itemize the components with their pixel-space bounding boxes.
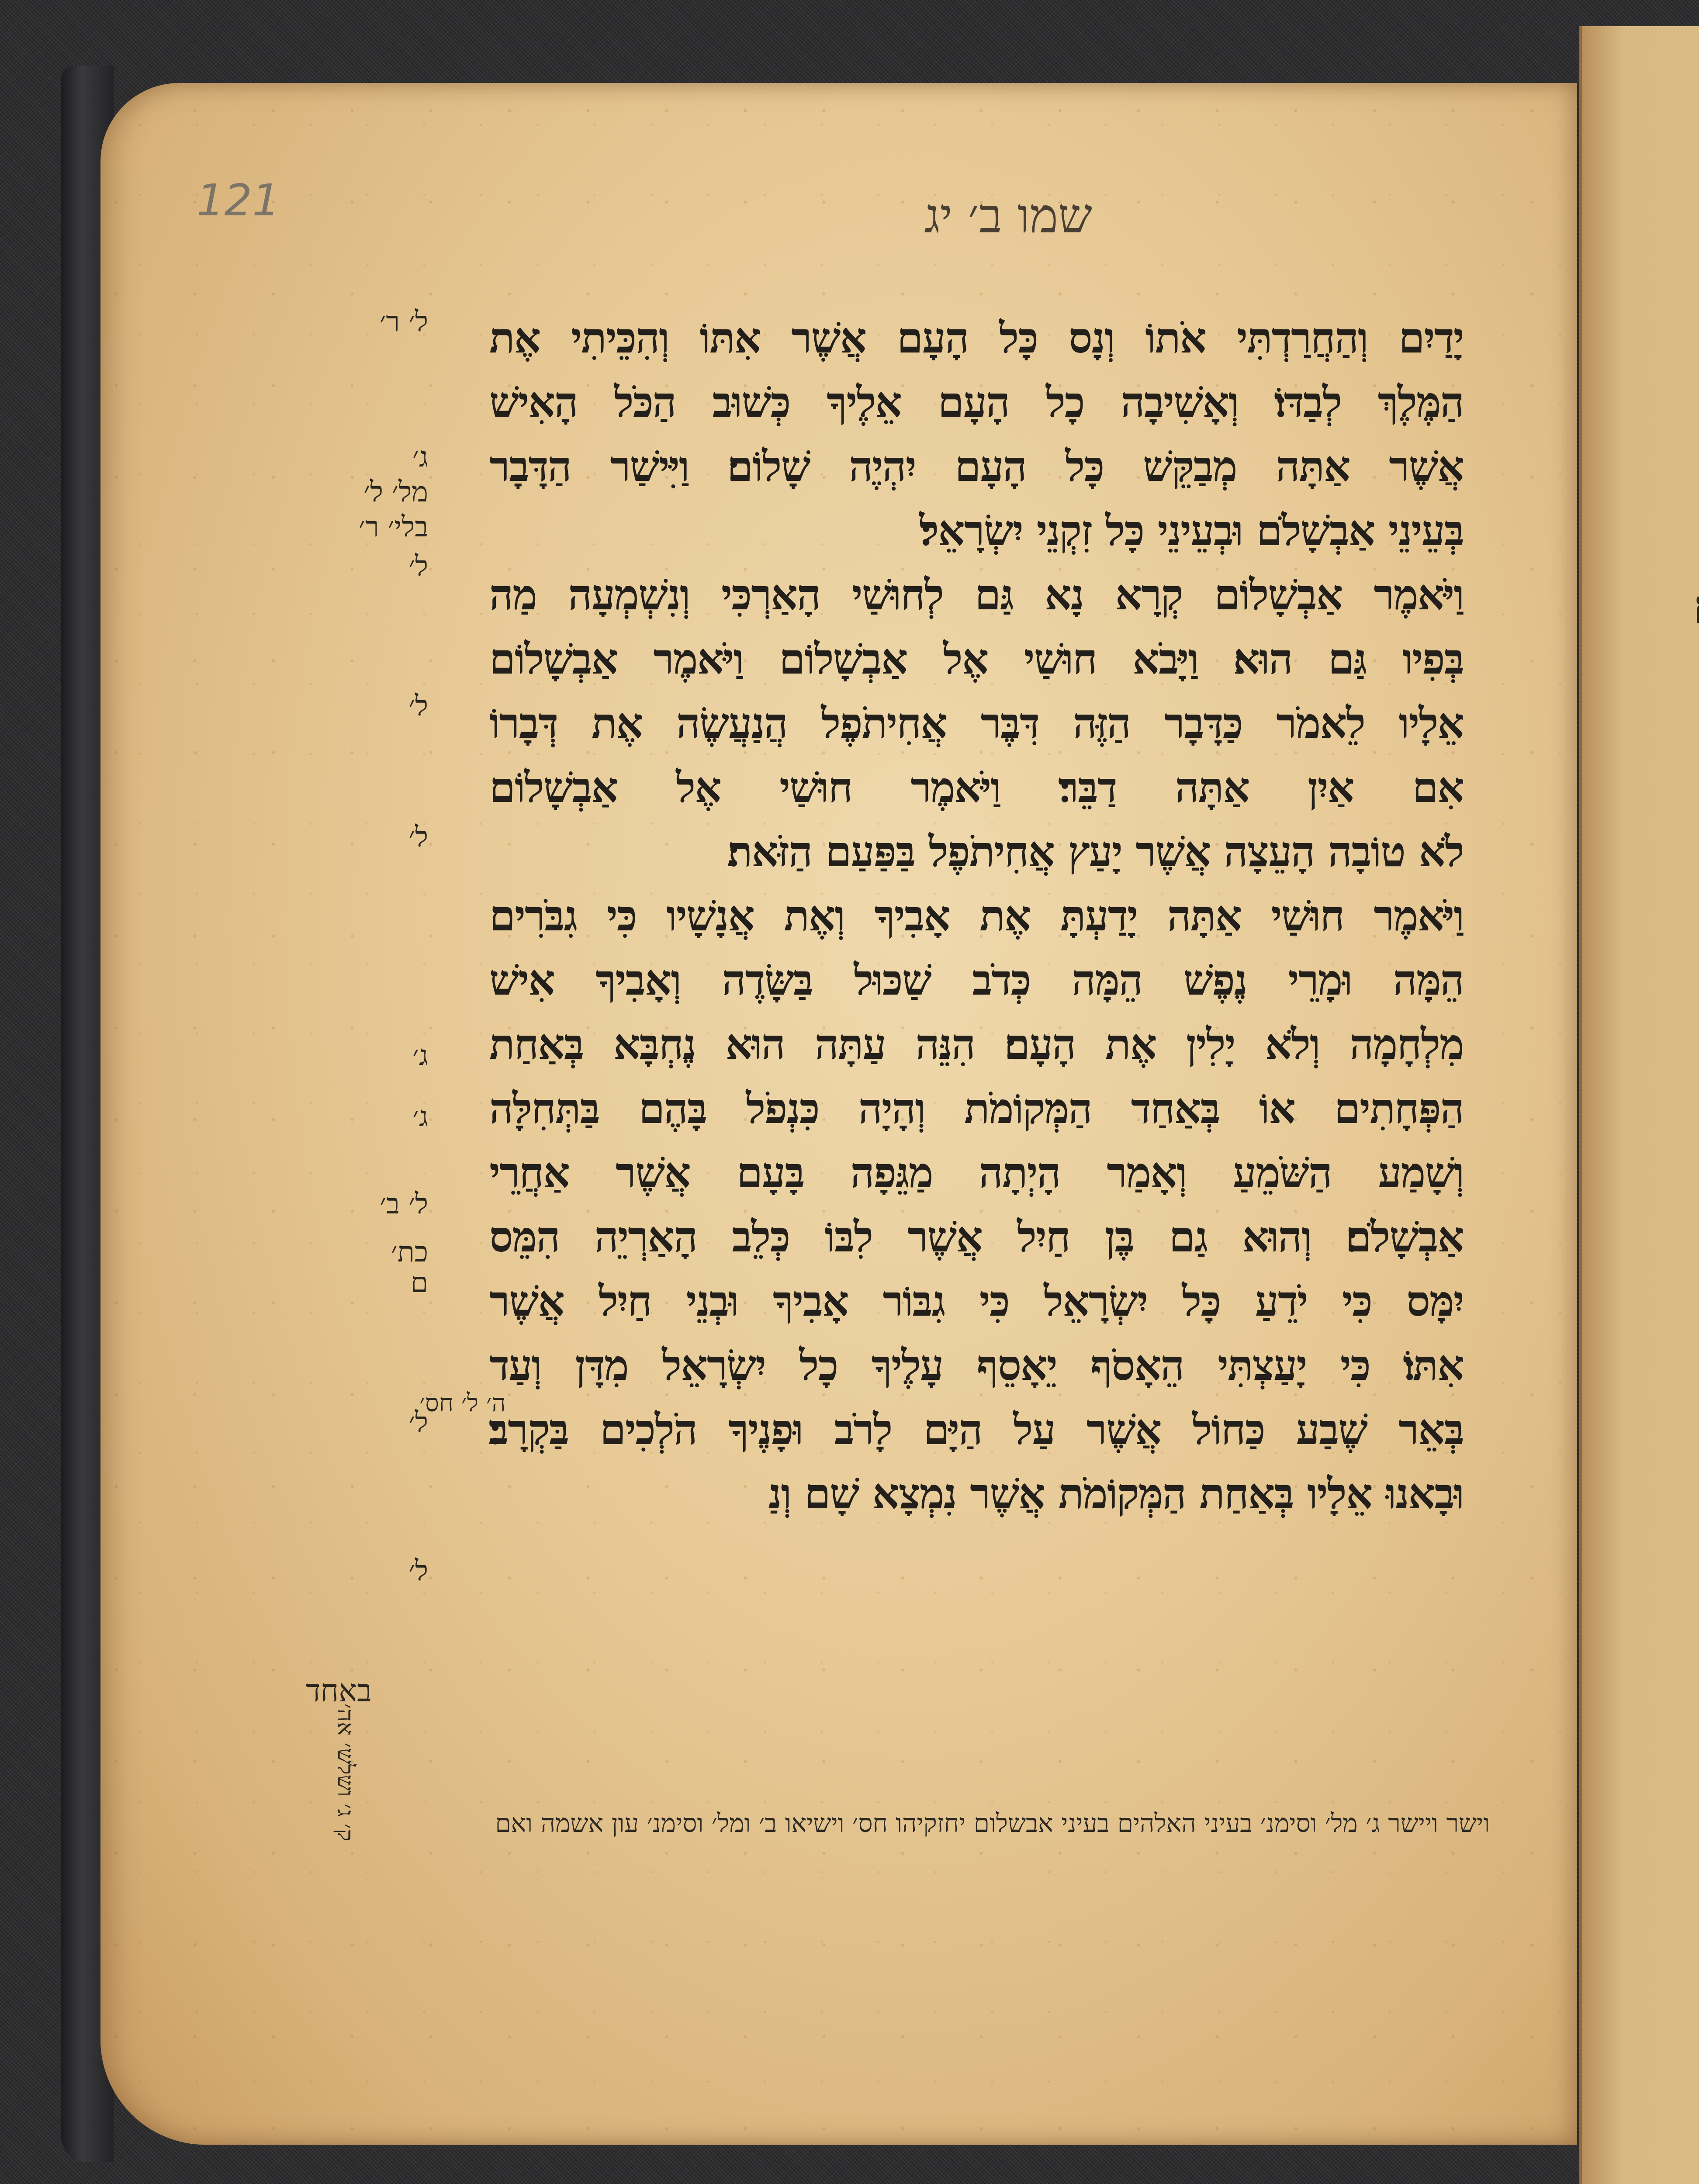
text-line: וַיֹּאמֶר חוּשַׁי אַתָּה יָדַעְתָּ אֶת א… <box>489 884 1464 948</box>
main-text-block: יָדַיִם וְהַחֲרַדְתִּי אֹתוֹ וְנָס כָּל … <box>489 306 1464 1526</box>
facing-page-text: םיתפשלוםיראתשנתלושמעמיםומה <box>1612 367 1699 1406</box>
margin-note: בלי׳ ר׳ <box>359 511 428 543</box>
facing-page-fragment: ומה <box>1612 1289 1699 1354</box>
facing-page-fragment: יר <box>1612 666 1699 730</box>
text-line: אַבְשָׁלֹם׃ וְהוּא גַם בֶּן חַיִל אֲשֶׁר… <box>489 1205 1464 1269</box>
margin-note: ג׳ <box>412 441 428 473</box>
facing-page-fragment: שמע <box>1612 1082 1699 1146</box>
text-line: וּבָאנוּ אֵלָיו בְּאַחַת הַמְּקוֹמֹת אֲש… <box>489 1462 1464 1526</box>
margin-note: ל׳ ר׳ <box>380 306 428 338</box>
folio-number: 121 <box>197 175 280 226</box>
margin-note: ל׳ ב׳ <box>380 1188 428 1220</box>
facing-page-fragment: מים <box>1612 1199 1699 1263</box>
running-head: שמו ב׳ יג <box>699 188 1092 244</box>
margin-note: ל׳ <box>408 1555 428 1587</box>
margin-note: ג׳ <box>412 1101 428 1133</box>
margin-note: מל׳ ל׳ <box>363 476 428 508</box>
margin-note: ג׳ <box>412 1040 428 1072</box>
text-line: אִם אַיִן אַתָּה דַבֵּר׃ וַיֹּאמֶר חוּשַ… <box>489 755 1464 819</box>
text-line: יִמָּס כִּי יֹדֵעַ כָּל יִשְׂרָאֵל כִּי … <box>489 1269 1464 1333</box>
margin-note: ל׳ <box>408 550 428 583</box>
text-line: אִתּוֹ׃ כִּי יָעַצְתִּי הֵאָסֹף יֵאָסֵף … <box>489 1333 1464 1397</box>
facing-page-fragment: ם <box>1612 367 1699 432</box>
text-line: בְּאֵר שֶׁבַע כַּחוֹל אֲשֶׁר עַל הַיָּם … <box>489 1397 1464 1462</box>
text-line: הֵמָּה וּמָרֵי נֶפֶשׁ הֵמָּה כְּדֹב שַׁכ… <box>489 948 1464 1012</box>
text-line: לֹא טוֹבָה הָעֵצָה אֲשֶׁר יָעַץ אֲחִיתֹפ… <box>489 819 1464 884</box>
text-line: אֵלָיו לֵאמֹר כַּדָּבָר הַזֶּה דִּבֶּר א… <box>489 691 1464 755</box>
facing-page-fragment: שלום <box>1612 575 1699 639</box>
margin-note: כת׳ <box>391 1236 428 1268</box>
text-line: וַיֹּאמֶר אַבְשָׁלוֹם קְרָא נָא גַּם לְח… <box>489 563 1464 627</box>
facing-page-fragment: שנת <box>1612 874 1699 938</box>
margin-note: ל׳ <box>408 821 428 854</box>
side-note: ה׳ ל׳ חס׳ <box>419 1389 506 1417</box>
facing-page-fragment: את <box>1612 783 1699 847</box>
text-line: וְשָׁמַע הַשֹּׁמֵעַ וְאָמַר הָיְתָה מַגֵ… <box>489 1140 1464 1205</box>
text-line: הַמֶּלֶךְ לְבַדּוֹ׃ וְאָשִׁיבָה כָל הָעָ… <box>489 370 1464 434</box>
text-line: יָדַיִם וְהַחֲרַדְתִּי אֹתוֹ וְנָס כָּל … <box>489 306 1464 370</box>
vertical-note: ק׳ ג׳ ושלש׳ אה׳ <box>332 1704 358 1841</box>
text-line: הַפְּחָתִים אוֹ בְּאַחַד הַמְּקוֹמֹת וְה… <box>489 1076 1464 1140</box>
text-line: בְּפִיו גַּם הוּא׃ וַיָּבֹא חוּשַׁי אֶל … <box>489 627 1464 691</box>
margin-note: ל׳ <box>408 690 428 722</box>
margin-note: ם <box>411 1267 428 1299</box>
facing-page-fragment: לו <box>1612 991 1699 1055</box>
text-line: מִלְחָמָה וְלֹא יָלִין אֶת הָעָם׃ הִנֵּה… <box>489 1012 1464 1076</box>
text-line: בְּעֵינֵי אַבְשָׁלֹם וּבְעֵינֵי כָּל זִק… <box>489 498 1464 563</box>
bottom-masora-line: וישר ויישר ג׳ מל׳ וסימנ׳ בעיני האלהים בע… <box>384 1808 1490 1838</box>
facing-page-fragment: יתפ <box>1612 458 1699 522</box>
text-line: אֲשֶׁר אַתָּה מְבַקֵּשׁ כָּל הָעָם יִהְי… <box>489 434 1464 498</box>
facing-page-edge: םיתפשלוםיראתשנתלושמעמיםומה <box>1579 26 1699 2184</box>
